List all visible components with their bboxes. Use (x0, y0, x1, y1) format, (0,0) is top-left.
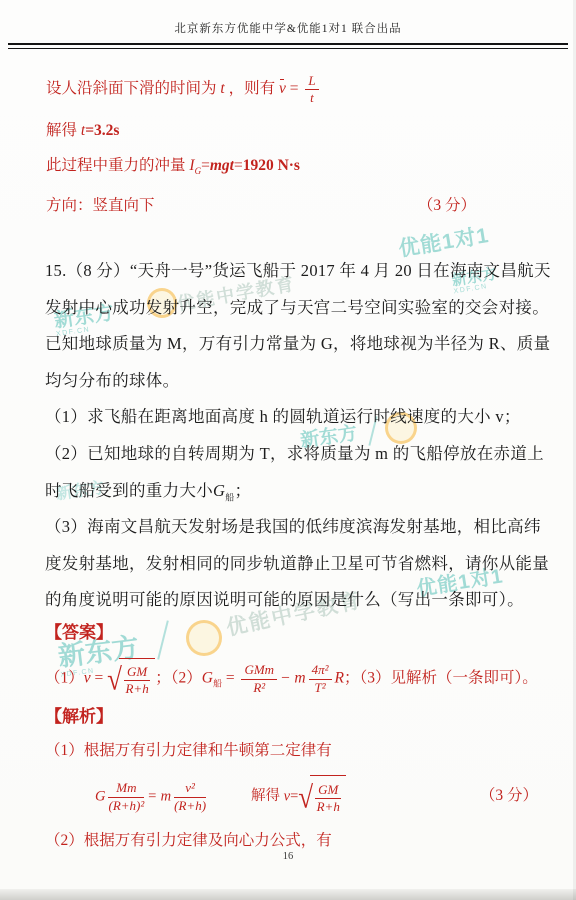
answer-label: 【答案】 (45, 620, 550, 650)
question-line: （1）求飞船在距离地面高度 h 的圆轨道运行时线速度的大小 v； (45, 399, 550, 436)
radical-sign-icon: √ (298, 781, 313, 812)
header-title: 北京新东方优能中学&优能1对1 联合出品 (0, 20, 576, 36)
analysis-equation-line: GMm(R+h)²= mv²(R+h)解得 v=√GMR+h （3 分） (45, 775, 550, 819)
square-root: √GMR+h (298, 775, 346, 819)
fraction-numerator: Mm (108, 781, 144, 797)
separator: ； (344, 670, 360, 687)
document-page: 北京新东方优能中学&优能1对1 联合出品 优能1对1 新东方 XDF.CN 优能… (0, 0, 576, 900)
fraction-numerator: 4π² (309, 663, 332, 679)
math-var-G: G (202, 670, 213, 687)
scan-edge-shadow (0, 889, 576, 900)
solution-line-impulse: 此过程中重力的冲量 IG=mgt=1920 N·s (46, 154, 540, 183)
math-var-G: G (95, 788, 105, 804)
previous-solution-block: 设人沿斜面下滑的时间为 t ，则有 v = L t 解得 t=3.2s 此过程中… (46, 66, 540, 218)
question-line: 均匀分布的球体。 (45, 363, 550, 400)
part-label: （1） (45, 670, 84, 687)
fraction-numerator: GM (315, 783, 341, 799)
fraction: L t (305, 74, 318, 106)
fraction: Mm(R+h)² (108, 781, 144, 813)
subscript-ship: 船 (213, 679, 222, 689)
fraction-denominator: (R+h)² (108, 798, 144, 813)
question-line: 发射中心成功发射升空，完成了与天宫二号空间实验室的交会对接。 (45, 290, 550, 327)
radicand: GMR+h (310, 775, 346, 819)
fraction-denominator: (R+h) (174, 798, 206, 813)
solution-line-average-speed: 设人沿斜面下滑的时间为 t ，则有 v = L t (46, 66, 540, 112)
math-var-G: G (213, 481, 225, 500)
square-root: √GMR+h (107, 658, 155, 700)
text-segment: 解得 (46, 122, 77, 139)
radicand: GMR+h (119, 658, 155, 700)
math-expr-mgt: mgt (210, 157, 234, 174)
fraction: v²(R+h) (174, 781, 206, 813)
equals-sign: = (91, 670, 108, 687)
value-segment: =3.2s (85, 122, 119, 139)
equals-sign: = (290, 788, 298, 804)
text-segment: ； (235, 481, 252, 500)
text-segment: 方向：竖直向下 (46, 194, 155, 218)
solution-line-time-result: 解得 t=3.2s (46, 119, 540, 143)
equals-sign: = (222, 670, 239, 687)
equals-m-term: = m (147, 788, 171, 804)
math-var-v: v (84, 670, 91, 687)
score-badge: （3 分） (418, 194, 476, 218)
equals-sign: = (201, 157, 210, 174)
fraction-numerator: GMm (241, 663, 277, 679)
header-divider (8, 43, 568, 49)
solve-text: 解得 (251, 788, 284, 804)
analysis-block: 【解析】 （1）根据万有引力定律和牛顿第二定律有 GMm(R+h)²= mv²(… (45, 704, 550, 853)
text-segment: 此过程中重力的冲量 (46, 157, 186, 174)
part3-text: （3）见解析（一条即可）。 (360, 670, 538, 687)
fraction: GMmR² (241, 663, 277, 695)
page-number: 16 (0, 851, 576, 862)
question-line: 已知地球质量为 M，万有引力常量为 G，将地球视为半径为 R、质量 (45, 326, 550, 363)
fraction-denominator: R² (241, 680, 277, 695)
math-var-t: t (220, 80, 224, 97)
question-line: 度发射基地，发射相同的同步轨道静止卫星可节省燃料，请你从能量 (45, 546, 550, 583)
fraction: GMR+h (315, 783, 341, 815)
math-var-R: R (335, 670, 344, 687)
analysis-label: 【解析】 (45, 704, 550, 732)
fraction-denominator: t (305, 90, 318, 105)
minus-m-term: − m (280, 670, 306, 687)
part-label: （2） (171, 670, 202, 687)
value-segment: 1920 N·s (243, 157, 300, 174)
fraction-numerator: L (305, 74, 318, 90)
fraction-denominator: T² (309, 680, 332, 695)
fraction-numerator: v² (174, 781, 206, 797)
fraction: GMR+h (124, 665, 150, 697)
equals-sign: = (290, 80, 299, 97)
subscript-ship: 船 (225, 492, 234, 502)
question-line: （2）已知地球的自转周期为 T，求将质量为 m 的飞船停放在赤道上 (45, 436, 550, 473)
question-line: （3）海南文昌航天发射场是我国的低纬度滨海发射基地，相比高纬 (45, 509, 550, 546)
fraction-denominator: R+h (124, 681, 150, 696)
math-var-vbar: v (279, 80, 286, 97)
question-line-gravity: 时飞船受到的重力大小G船； (45, 473, 550, 510)
score-badge: （3 分） (480, 775, 538, 817)
text-segment: 设人沿斜面下滑的时间为 (46, 80, 217, 97)
equals-sign: = (234, 157, 243, 174)
radical-sign-icon: √ (107, 663, 122, 694)
fraction-denominator: R+h (315, 799, 341, 814)
text-segment: 时飞船受到的重力大小 (45, 481, 213, 500)
analysis-step1: （1）根据万有引力定律和牛顿第二定律有 (45, 739, 550, 763)
question-line: 的角度说明可能的原因说明可能的原因是什么（写出一条即可）。 (45, 582, 550, 619)
answer-block: 【答案】 （1）v = √GMR+h；（2）G船 = GMmR²− m4π²T²… (45, 620, 550, 704)
separator: ； (155, 670, 171, 687)
analysis-step2: （2）根据万有引力定律及向心力公式，有 (45, 829, 550, 853)
question-15-block: 15.（8 分）“天舟一号”货运飞船于 2017 年 4 月 20 日在海南文昌… (45, 253, 550, 619)
solution-line-direction: 方向：竖直向下 （3 分） (46, 194, 540, 218)
text-segment: ，则有 (229, 80, 276, 97)
question-line: 15.（8 分）“天舟一号”货运飞船于 2017 年 4 月 20 日在海南文昌… (45, 253, 550, 290)
answer-formula-line: （1）v = √GMR+h；（2）G船 = GMmR²− m4π²T²R；（3）… (45, 658, 550, 704)
fraction: 4π²T² (309, 663, 332, 695)
fraction-numerator: GM (124, 665, 150, 681)
